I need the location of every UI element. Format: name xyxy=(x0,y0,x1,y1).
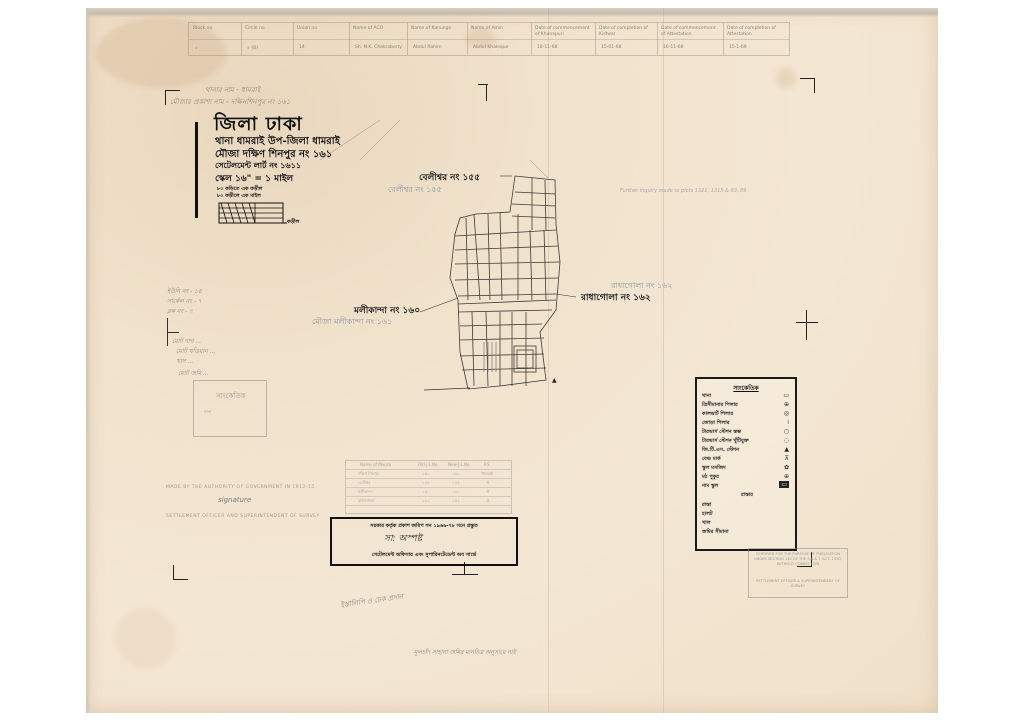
legend-symbol-icon: ✿ xyxy=(784,464,789,471)
register-header: Date of commencement of Attestation xyxy=(661,26,720,38)
adjacent-mouza-north-pencil: বেলীশ্বর নং ১৫৫ xyxy=(388,184,442,197)
legend-symbol-icon: ⊼ xyxy=(785,455,789,462)
table-header: Old J.L.No xyxy=(418,462,437,467)
corner-mark xyxy=(806,310,807,340)
adjacent-mouza-west-pencil: মৌজা মলীকান্দা নং ১৬১ xyxy=(312,316,392,329)
legend-item: বেঞ্চ মার্ক xyxy=(702,456,721,464)
legend-road-item: রাস্তা xyxy=(702,502,711,510)
legend-symbol-icon: ◌ xyxy=(784,437,789,444)
corner-mark xyxy=(486,84,487,101)
legend-item: থানা xyxy=(702,393,711,401)
adjacent-mouza-east-pencil: রাধাগোলা নং ১৬২ xyxy=(611,280,672,293)
register-table: Block no৫ Circle no৫ (B) Union no14 Name… xyxy=(188,22,790,56)
pencil-note: মূলচাঁদ সাহানা জমির মানচিত্র অনুসারে নাই xyxy=(414,647,516,658)
register-value: 16-11-68 xyxy=(663,45,683,50)
corner-mark xyxy=(173,565,188,580)
legend-symbol-icon: ○ xyxy=(784,428,789,435)
table-row: বেলীশ্বর১৫৫১৫৫ঐ xyxy=(346,479,511,488)
corner-mark xyxy=(452,574,478,575)
legend-symbol-icon: ⁞ xyxy=(787,419,789,426)
legend-item: জি.টি.এস. স্টেশন xyxy=(702,447,739,455)
legend-item: মঠ পুকুর xyxy=(702,474,719,482)
settlement-officer-line: SETTLEMENT OFFICER AND SUPERINTENDENT OF… xyxy=(166,514,320,519)
legend-road-item: জমির সীমানা xyxy=(702,529,729,537)
corner-mark xyxy=(800,78,815,93)
paper-stain xyxy=(776,68,796,88)
pencil-thana-name: থানার নাম - ধামরাই xyxy=(205,84,260,96)
legend-symbol-icon: ◎ xyxy=(784,410,789,417)
stamp-footer: SETTLEMENT OFFICER & SUPERINTENDENT OF S… xyxy=(753,579,843,589)
register-value: 18-11-68 xyxy=(537,45,557,50)
table-header: New J.L.No xyxy=(448,462,469,467)
legend-symbol-icon: ▭ xyxy=(783,392,789,399)
authority-line: MADE BY THE AUTHORITY OF GOVERNMENT IN 1… xyxy=(166,485,315,490)
pencil-note: Further inquiry made to plots 1321, 1315… xyxy=(620,188,746,194)
title-bar-rule xyxy=(195,122,198,218)
register-header: Name of Amin xyxy=(471,26,529,32)
mouza-jl-table: Name of Mouza Old J.L.No New J.L.No P.S.… xyxy=(345,460,512,514)
pencil-note: ব্লক নং - ৭ xyxy=(167,306,193,317)
corner-mark xyxy=(478,84,488,85)
faint-legend-item: থানা xyxy=(204,409,211,416)
table-row: রাধাগোলা১৬২১৬২ঐ xyxy=(346,497,511,506)
legend-road-item: খাল xyxy=(702,520,710,528)
adjacent-mouza-north: বেলীশ্বর নং ১৫৫ xyxy=(419,170,480,185)
legend-item: স্কুল মসজিদ xyxy=(702,465,726,473)
table-header: Name of Mouza xyxy=(360,462,391,467)
authority-signature: signature xyxy=(218,496,251,504)
legend-item: জোড়া পিলার xyxy=(702,420,729,428)
legend-item: টারভার্স স্টেশন স্তম্ভ xyxy=(702,429,741,437)
register-value: ৫ xyxy=(195,45,198,52)
register-header: Name of Kanungo xyxy=(411,26,465,32)
scan-edge-left xyxy=(86,8,91,713)
table-row: মলীকান্দা১৬০১৬০ঐ xyxy=(346,488,511,497)
pencil-note: মোট জমি ... xyxy=(178,368,209,379)
table-header: P.S. xyxy=(484,462,491,467)
legend-symbol-icon: ▲ xyxy=(784,446,789,453)
register-header: Union no xyxy=(297,26,347,32)
register-value: 15-1-69 xyxy=(729,45,747,50)
pencil-mouza-name: মৌজার প্রকাশ্য নাম - দক্ষিনশিনপুর নং ১৬১ xyxy=(170,96,290,108)
stamp-text: CERTIFIED FOR THE PURPOSE OF PUBLICATION… xyxy=(753,552,843,567)
legend-road-item: হালট xyxy=(702,511,713,519)
legend-title: সাংকেতিক xyxy=(697,383,795,394)
register-header: Circle no xyxy=(245,26,292,32)
legend-symbol-icon: ⊕ xyxy=(784,473,789,480)
register-header: Date of completion of Kistwar xyxy=(599,26,655,38)
faint-legend-box: সাংকেতিক থানা xyxy=(193,380,267,437)
legend-symbol-icon: ▭ xyxy=(779,481,789,488)
register-header: Date of completion of Attestation xyxy=(727,26,786,38)
register-header: Block no xyxy=(193,26,240,32)
table-row: দক্ষিণ শিনপুর১৬১১৬১ধামরাই xyxy=(346,470,511,479)
scale-line: স্কেল ১৬" = ১ মাইল xyxy=(215,171,293,186)
register-value: Abdul Rahim xyxy=(413,45,442,50)
publication-certificate: সরকার কর্তৃক প্রকাশ জরিপ সন ১৯৬৬-৭৮ সনে … xyxy=(330,517,518,566)
legend-subheading: রাস্তার xyxy=(741,492,753,500)
register-header: Date of commencement of Khanapuri xyxy=(535,26,593,38)
register-value: ৫ (B) xyxy=(247,45,258,52)
fold-line xyxy=(663,8,664,713)
legend-item: ত্রিসীমানার পিলার xyxy=(702,402,738,410)
faint-legend-title: সাংকেতিক xyxy=(216,390,246,402)
fold-line xyxy=(548,8,549,713)
register-value: Sh. N.K. Chakraborty xyxy=(355,45,402,50)
certificate-text: সরকার কর্তৃক প্রকাশ জরিপ সন ১৯৬৬-৭৮ সনে … xyxy=(332,523,516,531)
register-value: Abdul Khaleque xyxy=(473,45,508,50)
scale-note: ৮০ কড়ীলে এক মাইল xyxy=(217,193,261,201)
pencil-note: খাস ... xyxy=(176,356,193,367)
legend-item: টারভার্স স্টেশন খুঁটিযুক্ত xyxy=(702,438,749,446)
legend-item: নাম স্কুল xyxy=(702,483,718,491)
register-header: Name of ACO xyxy=(353,26,405,32)
publication-stamp: CERTIFIED FOR THE PURPOSE OF PUBLICATION… xyxy=(748,548,848,598)
legend-symbol-icon: ⊕ xyxy=(784,401,789,408)
scan-edge xyxy=(86,8,938,17)
register-value: 14 xyxy=(299,45,305,50)
corner-mark xyxy=(796,322,818,323)
paper-stain xyxy=(116,608,176,668)
scale-bar-label: কড়ীল xyxy=(287,219,299,227)
legend-item: কালভার্ট পিলার xyxy=(702,411,733,419)
corner-mark xyxy=(167,332,179,333)
map-legend: সাংকেতিক থানা▭ ত্রিসীমানার পিলার⊕ কালভার… xyxy=(695,377,797,551)
certificate-signature: সা: অস্পষ্ট xyxy=(384,531,422,546)
register-value: 15-01-68 xyxy=(601,45,621,50)
certificate-officer: সেটেলমেন্ট অফিসার এবং সুপারিনটেন্ডেন্ট অ… xyxy=(332,552,516,560)
